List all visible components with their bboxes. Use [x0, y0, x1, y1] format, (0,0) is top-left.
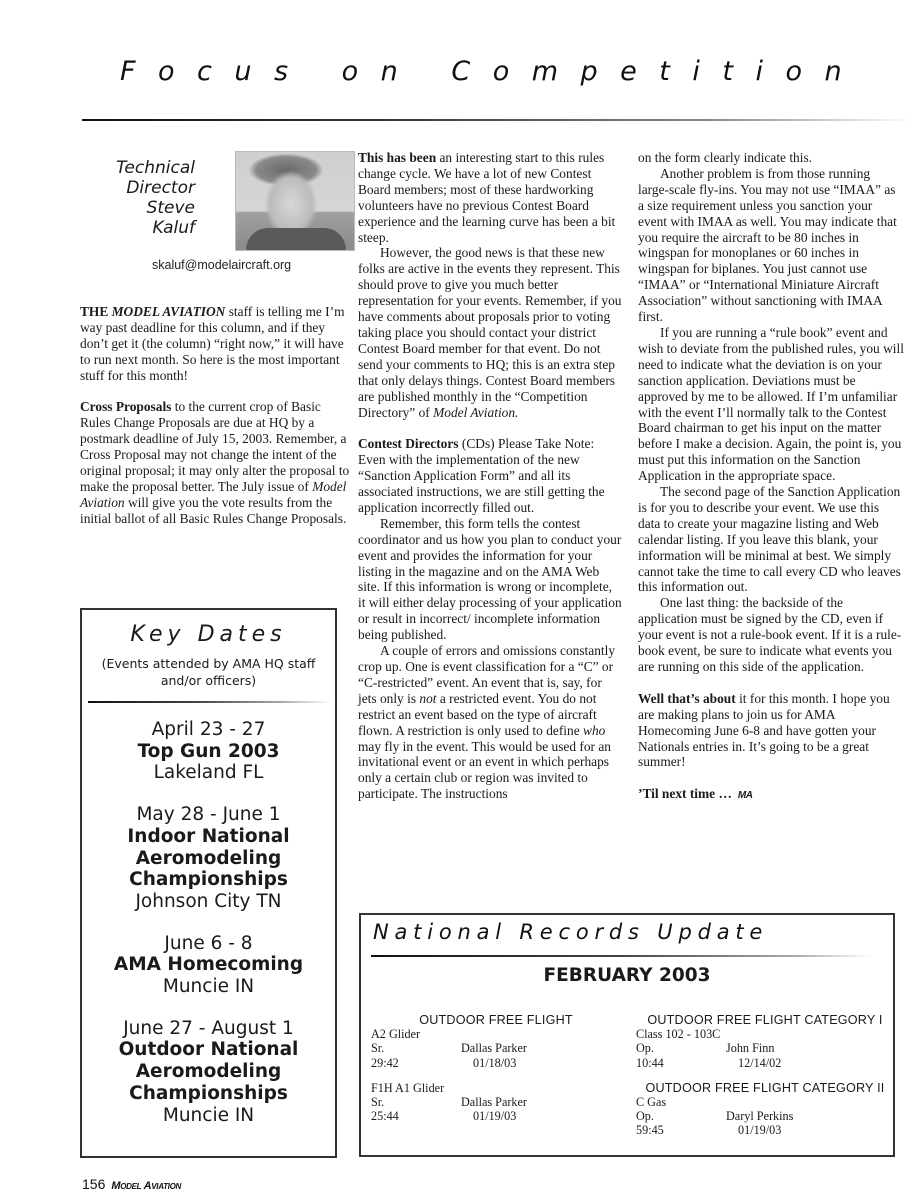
record-class: Sr.: [371, 1041, 461, 1055]
record-event: C Gas: [636, 1095, 894, 1109]
photo-shirt-shape: [246, 228, 346, 250]
article-column-1: THE MODEL AVIATION staff is telling me I…: [80, 304, 352, 527]
event-name: Outdoor National Aeromodeling Championsh…: [82, 1039, 335, 1104]
article-column-3: on the form clearly indicate this. Anoth…: [638, 150, 904, 804]
record-category: OUTDOOR FREE FLIGHT: [371, 1013, 621, 1027]
paragraph-text: However, the good news is that these new…: [358, 245, 621, 419]
record-time: 25:44: [371, 1109, 461, 1123]
record-event: F1H A1 Glider: [371, 1081, 621, 1095]
record-holder: Dallas Parker: [461, 1095, 611, 1109]
author-photo: [235, 151, 355, 251]
record-date: 12/14/02: [726, 1056, 876, 1070]
header-rule: [82, 119, 916, 121]
record-class: Op.: [636, 1109, 726, 1123]
signoff: ’Til next time …MA: [638, 786, 904, 804]
byline-line: Director: [95, 178, 195, 198]
paragraph: A couple of errors and omissions constan…: [358, 643, 622, 802]
closing-paragraph: Well that’s about it for this month. I h…: [638, 691, 904, 771]
paragraph-text: may fly in the event. This would be used…: [358, 739, 611, 802]
lead-in: This has been: [358, 150, 436, 165]
record-entry: OUTDOOR FREE FLIGHT CATEGORY II C Gas Op…: [636, 1081, 894, 1138]
magazine-name: Model Aviation.: [433, 405, 518, 420]
record-time: 10:44: [636, 1056, 726, 1070]
record-entry: A2 Glider Sr.Dallas Parker 29:4201/18/03: [371, 1027, 621, 1070]
byline-line: Kaluf: [95, 218, 195, 238]
event-location: Lakeland FL: [82, 762, 335, 784]
record-category: OUTDOOR FREE FLIGHT CATEGORY II: [636, 1081, 894, 1095]
record-category: OUTDOOR FREE FLIGHT CATEGORY I: [636, 1013, 894, 1027]
national-records-box: National Records Update FEBRUARY 2003 OU…: [359, 913, 895, 1157]
section-title: Focus on Competition: [120, 56, 880, 87]
page-footer: 156Model Aviation: [82, 1176, 181, 1192]
page-number: 156: [82, 1176, 105, 1192]
key-dates-title: Key Dates: [82, 622, 335, 647]
paragraph: However, the good news is that these new…: [358, 245, 622, 420]
emphasis: not: [419, 691, 436, 706]
event-name: AMA Homecoming: [82, 954, 335, 976]
lead-in: Well that’s about: [638, 691, 736, 706]
record-class: Sr.: [371, 1095, 461, 1109]
record-holder: John Finn: [726, 1041, 876, 1055]
paragraph: If you are running a “rule book” event a…: [638, 325, 904, 484]
event-dates: April 23 - 27: [82, 719, 335, 741]
event-name: Indoor National Aeromodeling Championshi…: [82, 826, 335, 891]
record-date: 01/18/03: [461, 1056, 611, 1070]
magazine-logo: Model Aviation: [111, 1180, 181, 1192]
paragraph: Remember, this form tells the contest co…: [358, 516, 622, 643]
magazine-name: MODEL AVIATION: [112, 304, 226, 319]
record-entry: F1H A1 Glider Sr.Dallas Parker 25:4401/1…: [371, 1081, 621, 1124]
record-date: 01/19/03: [726, 1123, 876, 1137]
emphasis: who: [583, 723, 605, 738]
event-location: Muncie IN: [82, 976, 335, 998]
byline-line: Technical: [95, 158, 195, 178]
record-event: A2 Glider: [371, 1027, 621, 1041]
lead-in: THE: [80, 304, 112, 319]
record-holder: Daryl Perkins: [726, 1109, 876, 1123]
record-event: Class 102 - 103C: [636, 1027, 894, 1041]
lead-in: Cross Proposals: [80, 399, 171, 414]
byline-line: Steve: [95, 198, 195, 218]
author-email[interactable]: skaluf@modelaircraft.org: [152, 258, 291, 272]
records-rule: [371, 955, 871, 957]
event-dates: June 27 - August 1: [82, 1018, 335, 1040]
record-entry: OUTDOOR FREE FLIGHT CATEGORY I Class 102…: [636, 1013, 894, 1070]
ma-end-mark-icon: MA: [738, 790, 753, 801]
key-date-event: April 23 - 27 Top Gun 2003 Lakeland FL: [82, 719, 335, 784]
record-date: 01/19/03: [461, 1109, 611, 1123]
contest-directors-paragraph: Contest Directors (CDs) Please Take Note…: [358, 436, 622, 516]
paragraph: One last thing: the backside of the appl…: [638, 595, 904, 675]
records-left-column: OUTDOOR FREE FLIGHT A2 Glider Sr.Dallas …: [371, 1013, 621, 1134]
records-month: FEBRUARY 2003: [361, 965, 893, 986]
cross-proposals-paragraph: Cross Proposals to the current crop of B…: [80, 399, 352, 526]
records-title: National Records Update: [373, 920, 768, 944]
key-date-event: June 6 - 8 AMA Homecoming Muncie IN: [82, 933, 335, 998]
intro-paragraph: THE MODEL AVIATION staff is telling me I…: [80, 304, 352, 384]
event-name: Top Gun 2003: [82, 741, 335, 763]
event-location: Muncie IN: [82, 1105, 335, 1127]
key-dates-subtitle: (Events attended by AMA HQ staff and/or …: [82, 655, 335, 689]
signoff-text: ’Til next time …: [638, 786, 732, 801]
record-class: Op.: [636, 1041, 726, 1055]
key-dates-box: Key Dates (Events attended by AMA HQ sta…: [80, 608, 337, 1158]
key-date-event: May 28 - June 1 Indoor National Aeromode…: [82, 804, 335, 913]
key-date-event: June 27 - August 1 Outdoor National Aero…: [82, 1018, 335, 1127]
article-column-2: This has been an interesting start to th…: [358, 150, 622, 802]
paragraph: on the form clearly indicate this.: [638, 150, 904, 166]
record-holder: Dallas Parker: [461, 1041, 611, 1055]
key-dates-rule: [88, 701, 331, 703]
records-right-column: OUTDOOR FREE FLIGHT CATEGORY I Class 102…: [636, 1013, 894, 1149]
lead-in: Contest Directors: [358, 436, 459, 451]
record-time: 29:42: [371, 1056, 461, 1070]
key-dates-list: April 23 - 27 Top Gun 2003 Lakeland FL M…: [82, 719, 335, 1126]
event-dates: June 6 - 8: [82, 933, 335, 955]
event-location: Johnson City TN: [82, 891, 335, 913]
paragraph: Another problem is from those running la…: [638, 166, 904, 325]
author-byline: Technical Director Steve Kaluf: [95, 158, 195, 238]
event-dates: May 28 - June 1: [82, 804, 335, 826]
record-time: 59:45: [636, 1123, 726, 1137]
paragraph: The second page of the Sanction Applicat…: [638, 484, 904, 595]
paragraph: This has been an interesting start to th…: [358, 150, 622, 245]
